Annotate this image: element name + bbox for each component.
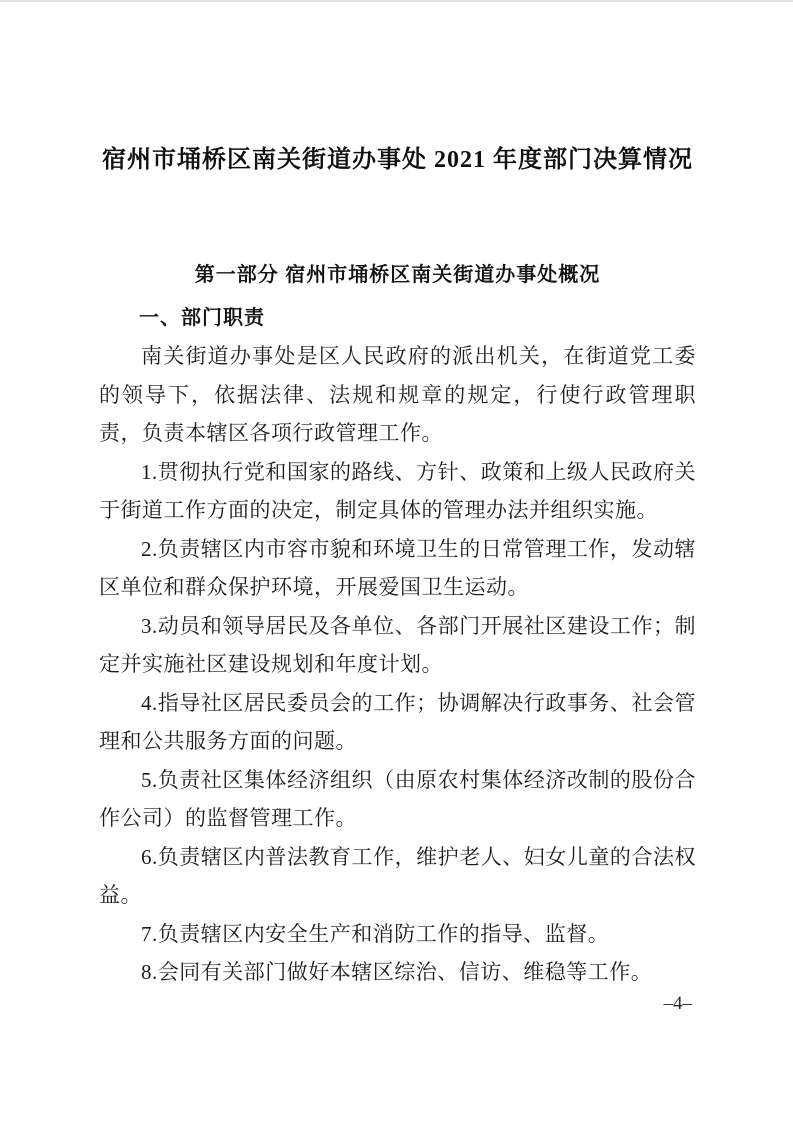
paragraph-duty-6: 6.负责辖区内普法教育工作，维护老人、妇女儿童的合法权益。 — [99, 838, 696, 915]
paragraph-duty-5: 5.负责社区集体经济组织（由原农村集体经济改制的股份合作公司）的监督管理工作。 — [99, 761, 696, 838]
paragraph-duty-8: 8.会同有关部门做好本辖区综治、信访、维稳等工作。 — [99, 953, 696, 992]
paragraph-intro: 南关街道办事处是区人民政府的派出机关，在街道党工委的领导下，依据法律、法规和规章… — [99, 337, 696, 453]
paragraph-duty-7: 7.负责辖区内安全生产和消防工作的指导、监督。 — [99, 915, 696, 954]
document-title: 宿州市埇桥区南关街道办事处 2021 年度部门决算情况 — [99, 143, 696, 177]
paragraph-duty-4: 4.指导社区居民委员会的工作；协调解决行政事务、社会管理和公共服务方面的问题。 — [99, 684, 696, 761]
body-text: 南关街道办事处是区人民政府的派出机关，在街道党工委的领导下，依据法律、法规和规章… — [99, 337, 696, 992]
document-content: 宿州市埇桥区南关街道办事处 2021 年度部门决算情况 第一部分 宿州市埇桥区南… — [99, 0, 696, 992]
section-heading-department-duties: 一、部门职责 — [99, 304, 696, 333]
part-one-heading: 第一部分 宿州市埇桥区南关街道办事处概况 — [99, 261, 696, 289]
paragraph-duty-1: 1.贯彻执行党和国家的路线、方针、政策和上级人民政府关于街道工作方面的决定，制定… — [99, 453, 696, 530]
paragraph-duty-3: 3.动员和领导居民及各单位、各部门开展社区建设工作；制定并实施社区建设规划和年度… — [99, 607, 696, 684]
paragraph-duty-2: 2.负责辖区内市容市貌和环境卫生的日常管理工作，发动辖区单位和群众保护环境，开展… — [99, 530, 696, 607]
document-page: 宿州市埇桥区南关街道办事处 2021 年度部门决算情况 第一部分 宿州市埇桥区南… — [0, 0, 793, 1122]
page-number: –4– — [664, 993, 693, 1015]
